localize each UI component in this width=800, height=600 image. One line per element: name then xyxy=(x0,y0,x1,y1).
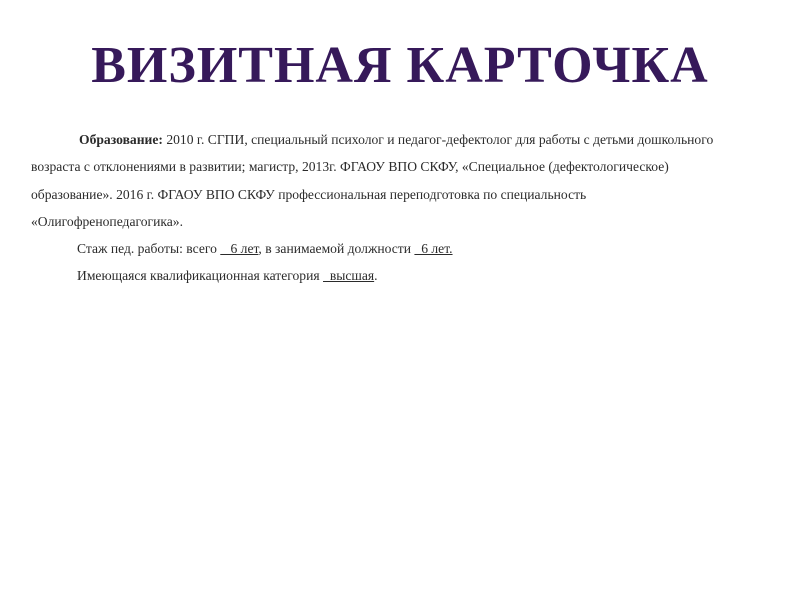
education-paragraph: Образование: 2010 г. СГПИ, специальный п… xyxy=(31,126,741,235)
category-suffix: . xyxy=(374,268,377,283)
experience-middle: , в занимаемой должности xyxy=(258,241,414,256)
education-label: Образование: xyxy=(79,132,163,147)
category-paragraph: Имеющаяся квалификационная категория выс… xyxy=(31,262,741,289)
experience-position: 6 лет. xyxy=(414,241,452,256)
slide: ВИЗИТНАЯ КАРТОЧКА Образование: 2010 г. С… xyxy=(0,0,800,600)
slide-body: Образование: 2010 г. СГПИ, специальный п… xyxy=(31,126,741,290)
category-value: высшая xyxy=(323,268,374,283)
experience-total: 6 лет xyxy=(220,241,258,256)
experience-paragraph: Стаж пед. работы: всего 6 лет, в занимае… xyxy=(31,235,741,262)
slide-title: ВИЗИТНАЯ КАРТОЧКА xyxy=(0,36,800,96)
category-prefix: Имеющаяся квалификационная категория xyxy=(77,268,323,283)
experience-prefix: Стаж пед. работы: всего xyxy=(77,241,220,256)
